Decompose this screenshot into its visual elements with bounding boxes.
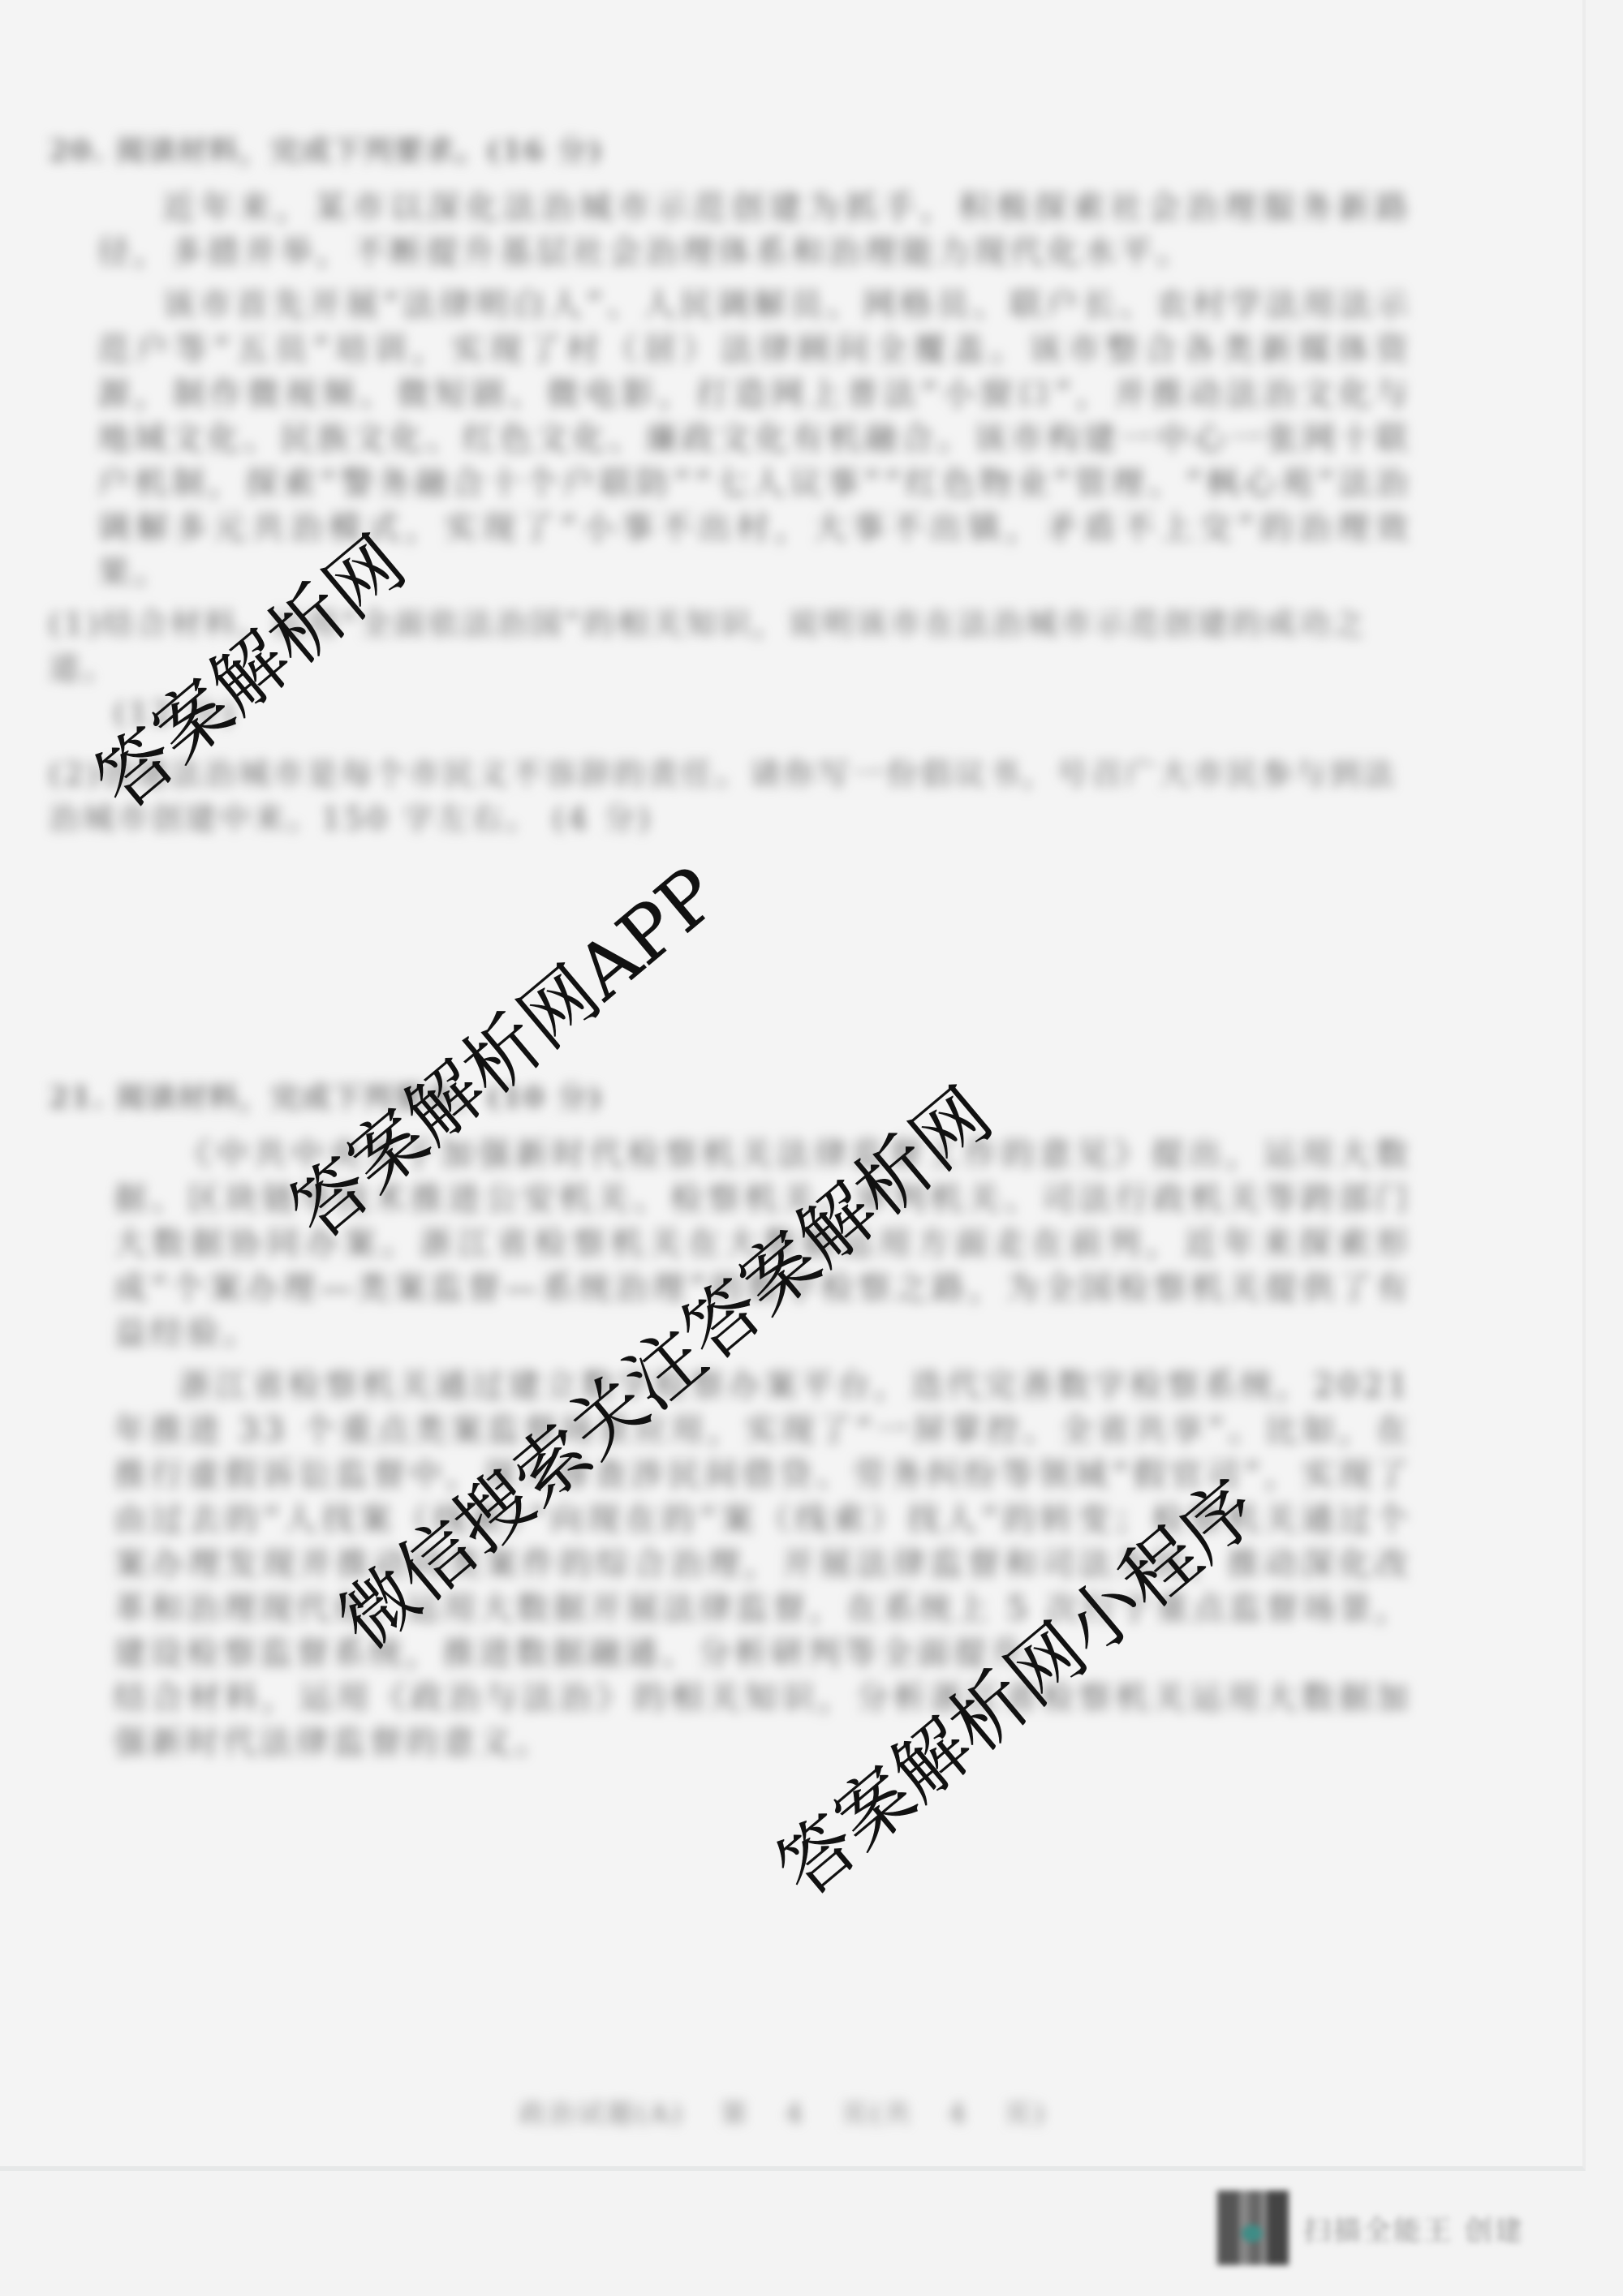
- question-20-paragraph: 近年来，某市以深化法治城市示范创建为抓手，积极探索社会治理服务新路径，多措并举，…: [49, 186, 1412, 275]
- scanner-label: 扫描全能王 创建: [1303, 2208, 1525, 2248]
- question-20-title: 20. 阅读材料，完成下列要求。(16 分): [49, 128, 1412, 170]
- question-21-prompt: 结合材料，运用《政治与法治》的相关知识，分析浙江省检察机关运用大数据加强新时代法…: [49, 1676, 1412, 1765]
- footer-label: 政治试题(A): [519, 2098, 685, 2129]
- footer-page-number: 第 4 页(共 4 页): [721, 2098, 1047, 2129]
- page-footer: 政治试题(A) 第 4 页(共 4 页): [519, 2093, 1048, 2130]
- sub-question-text: 创建法治城市是每个市民义不容辞的责任。请你写一份倡议书，号召广大市民参与到法治城…: [49, 756, 1397, 836]
- question-21-title: 21. 阅读材料，完成下列要求。(10 分): [49, 1075, 1412, 1116]
- sub-question-score: (4 分): [553, 801, 653, 836]
- question-20-paragraph: 该市首先开展“法律明白人”、人民调解员、网格员、联户长、农村学法用法示范户等“五…: [49, 283, 1412, 595]
- question-20: 20. 阅读材料，完成下列要求。(16 分) 近年来，某市以深化法治城市示范创建…: [49, 128, 1412, 841]
- question-21: 21. 阅读材料，完成下列要求。(10 分) 《中共中央关于加强新时代检察机关法…: [49, 1075, 1412, 1765]
- sub-question-label: (1): [49, 606, 102, 642]
- qr-code-icon: [1217, 2191, 1289, 2265]
- scanner-badge: 扫描全能王 创建: [1217, 2191, 1525, 2265]
- question-20-sub-2: (2)创建法治城市是每个市民义不容辞的责任。请你写一份倡议书，号召广大市民参与到…: [49, 752, 1412, 841]
